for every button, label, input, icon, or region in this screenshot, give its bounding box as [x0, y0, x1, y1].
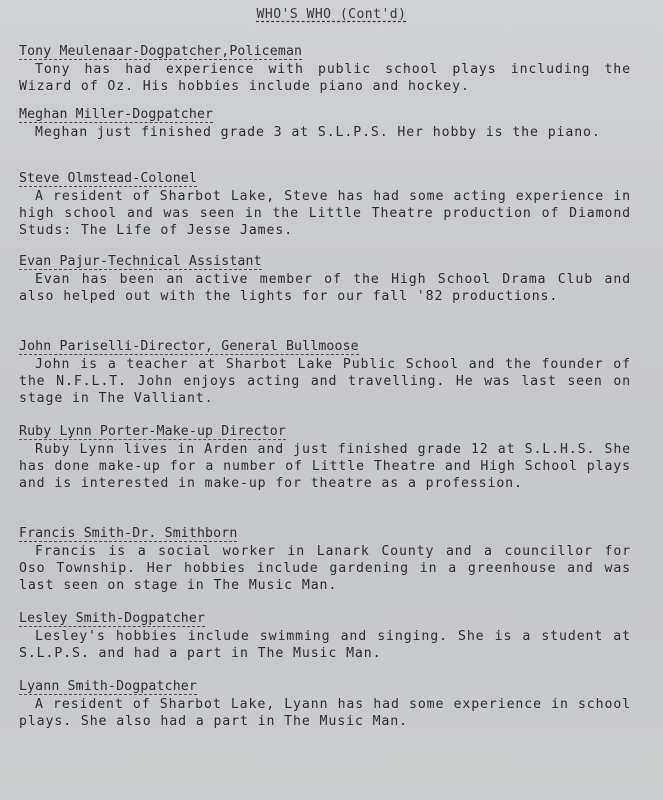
entry-heading: Steve Olmstead-Colonel — [19, 171, 197, 187]
entry-body: Lesley's hobbies include swimming and si… — [19, 628, 631, 662]
entry-heading: Lyann Smith-Dogpatcher — [19, 679, 197, 695]
entry-heading: Ruby Lynn Porter-Make-up Director — [19, 424, 286, 440]
page-title: WHO'S WHO (Cont'd) — [0, 7, 663, 22]
entry-body: Meghan just finished grade 3 at S.L.P.S.… — [19, 124, 631, 141]
page-title-text: WHO'S WHO (Cont'd) — [257, 7, 407, 22]
document-page: WHO'S WHO (Cont'd) Tony Meulenaar-Dogpat… — [0, 0, 663, 800]
entry-heading: Tony Meulenaar-Dogpatcher,Policeman — [19, 44, 302, 60]
entry-body: Ruby Lynn lives in Arden and just finish… — [19, 441, 631, 492]
entry-lesley-smith: Lesley Smith-Dogpatcher Lesley's hobbies… — [19, 607, 639, 662]
entry-heading: Lesley Smith-Dogpatcher — [19, 611, 205, 627]
entry-body: Tony has had experience with public scho… — [19, 61, 631, 95]
entry-meghan-miller: Meghan Miller-Dogpatcher Meghan just fin… — [19, 103, 639, 141]
entry-francis-smith: Francis Smith-Dr. Smithborn Francis is a… — [19, 522, 639, 594]
entry-ruby-lynn-porter: Ruby Lynn Porter-Make-up Director Ruby L… — [19, 420, 639, 492]
entry-body: John is a teacher at Sharbot Lake Public… — [19, 356, 631, 407]
entry-heading: Meghan Miller-Dogpatcher — [19, 107, 213, 123]
entry-steve-olmstead: Steve Olmstead-Colonel A resident of Sha… — [19, 167, 639, 239]
entry-heading: John Pariselli-Director, General Bullmoo… — [19, 339, 359, 355]
entry-john-pariselli: John Pariselli-Director, General Bullmoo… — [19, 335, 639, 407]
entry-body: Francis is a social worker in Lanark Cou… — [19, 543, 631, 594]
entry-evan-pajur: Evan Pajur-Technical Assistant Evan has … — [19, 250, 639, 305]
entry-lyann-smith: Lyann Smith-Dogpatcher A resident of Sha… — [19, 675, 639, 730]
entry-body: A resident of Sharbot Lake, Lyann has ha… — [19, 696, 631, 730]
entry-heading: Evan Pajur-Technical Assistant — [19, 254, 262, 270]
entry-body: A resident of Sharbot Lake, Steve has ha… — [19, 188, 631, 239]
entry-tony-meulenaar: Tony Meulenaar-Dogpatcher,Policeman Tony… — [19, 40, 639, 95]
entry-heading: Francis Smith-Dr. Smithborn — [19, 526, 237, 542]
entry-body: Evan has been an active member of the Hi… — [19, 271, 631, 305]
